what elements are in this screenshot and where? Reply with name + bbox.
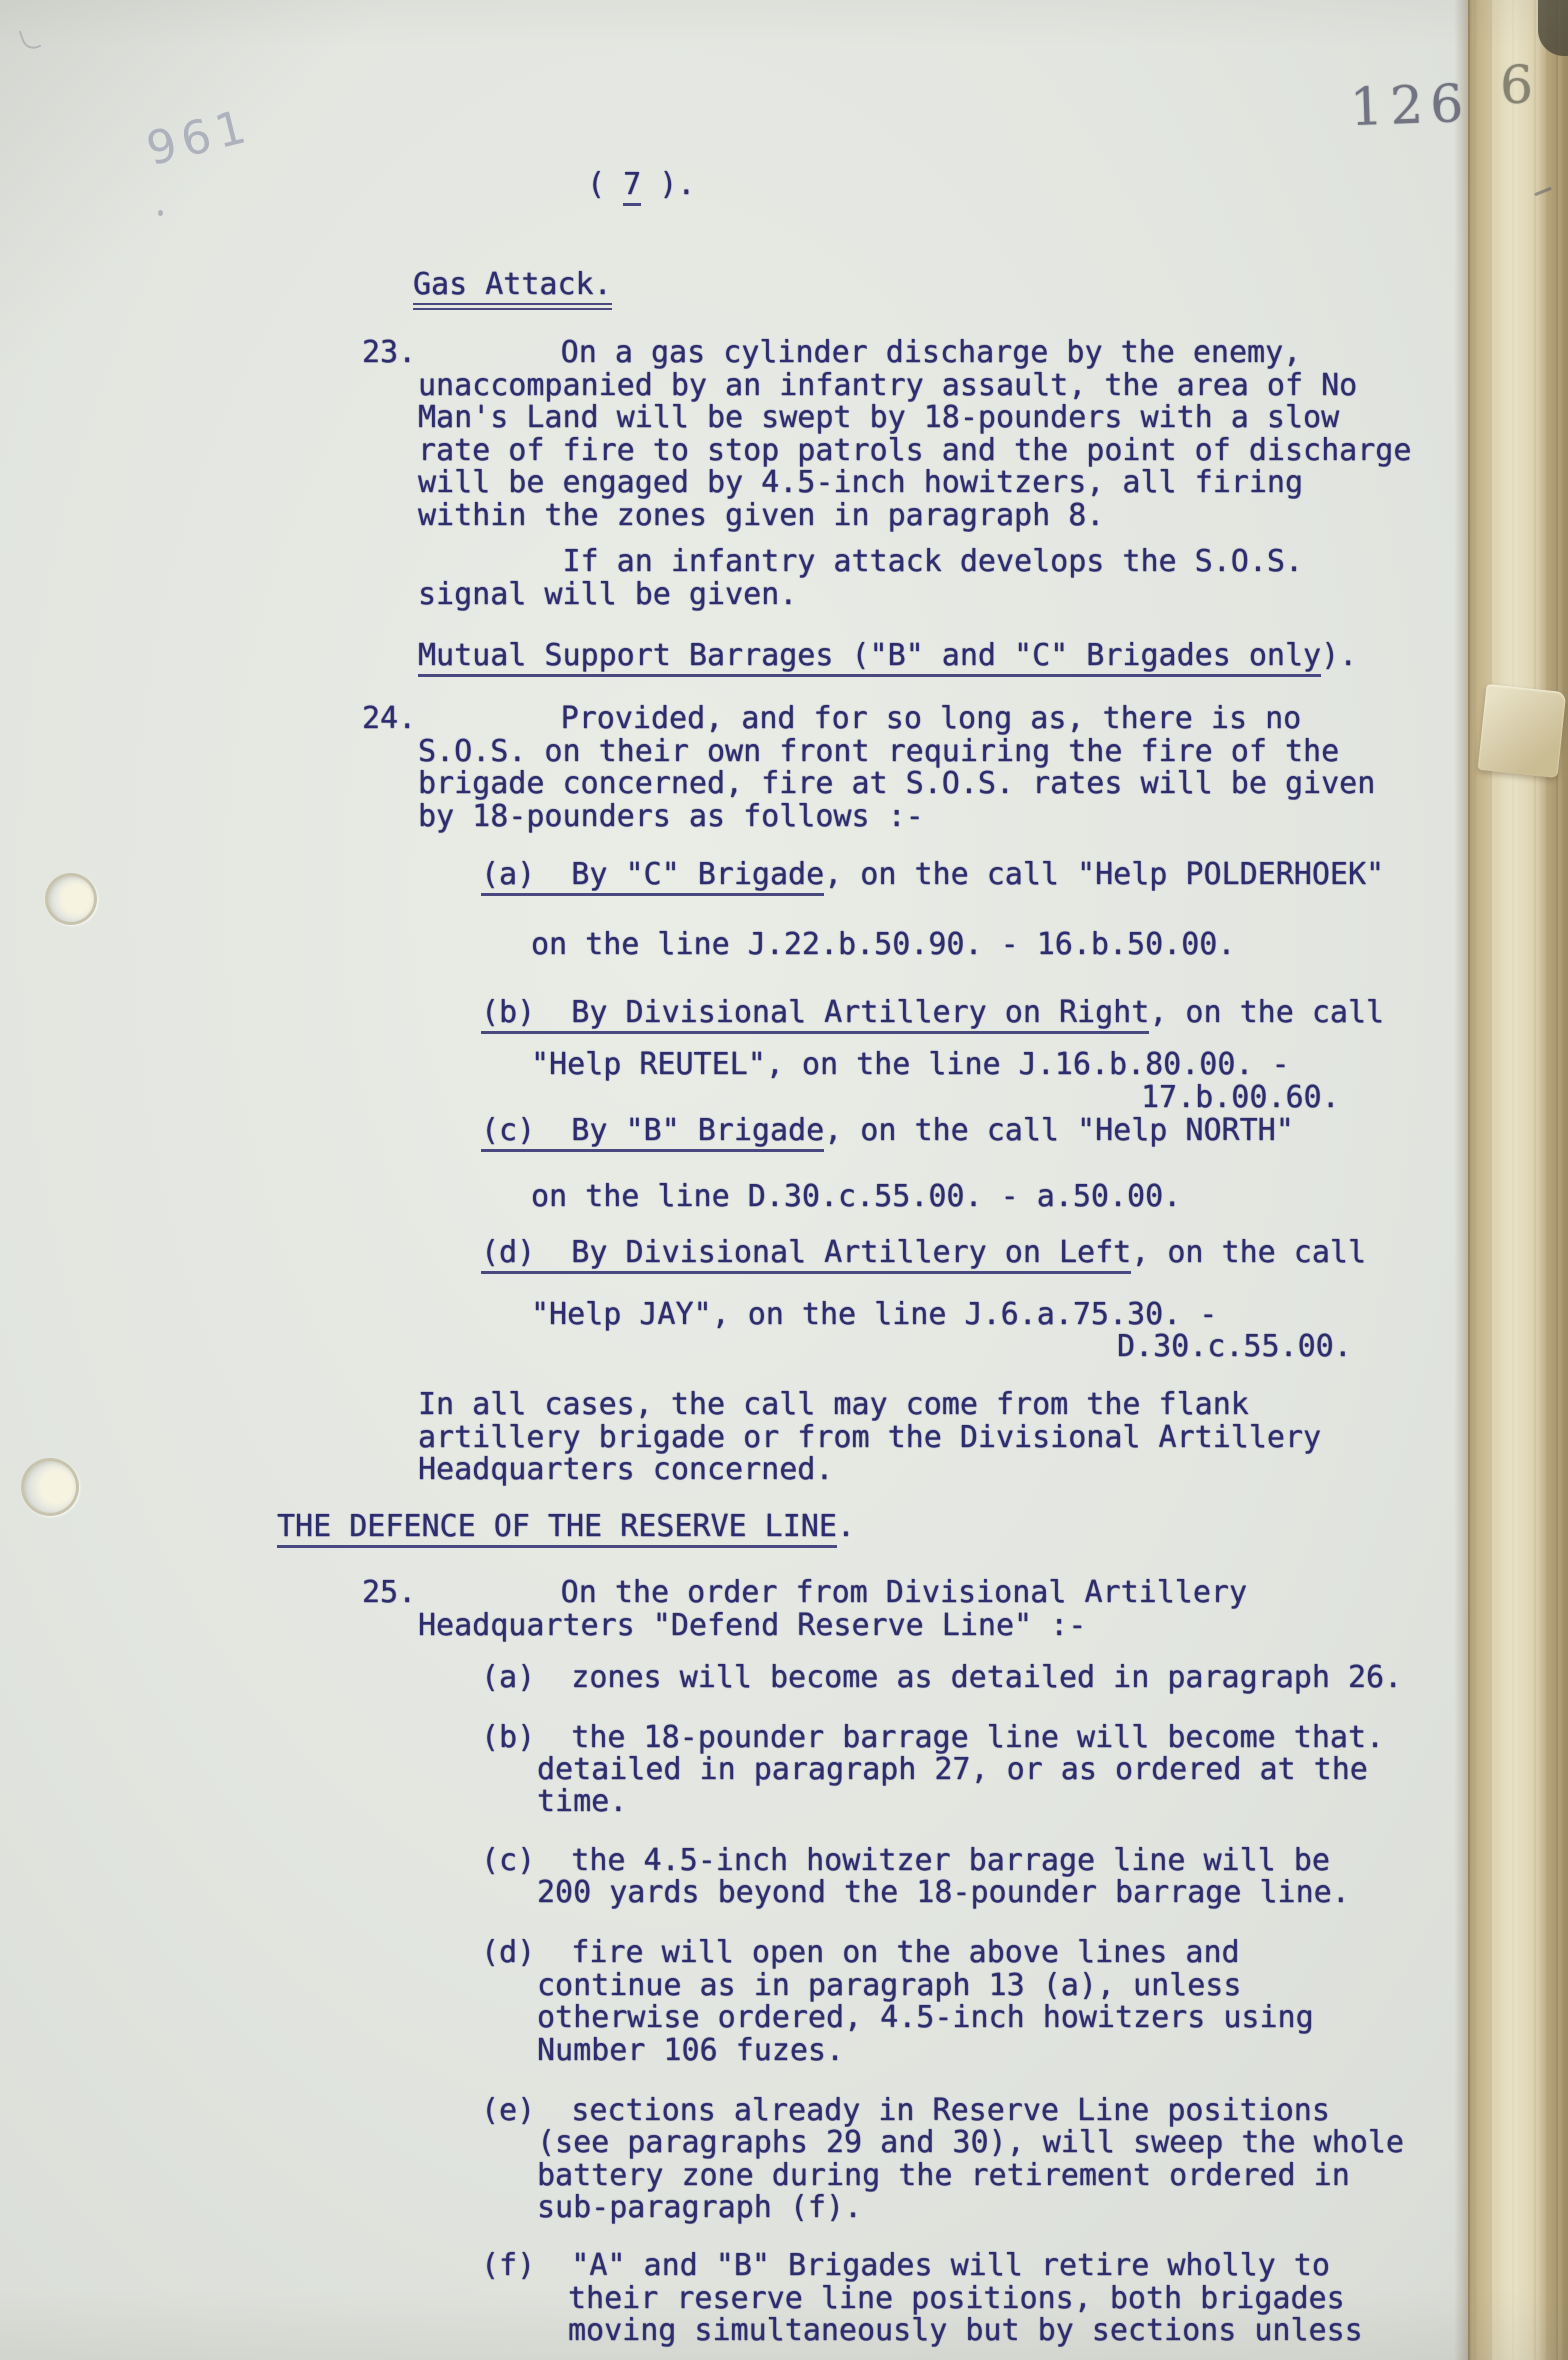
- doc-text: .: [837, 1512, 855, 1542]
- doc-line: (c) the 4.5-inch howitzer barrage line w…: [481, 1846, 1330, 1876]
- doc-text: (b) the 18-pounder barrage line will bec…: [481, 1723, 1384, 1753]
- doc-line: battery zone during the retirement order…: [537, 2161, 1350, 2191]
- doc-line: ( 7 ).: [587, 170, 695, 206]
- doc-line: (b) the 18-pounder barrage line will bec…: [481, 1723, 1384, 1753]
- doc-line: (d) fire will open on the above lines an…: [481, 1938, 1240, 1968]
- doc-text: sub-paragraph (f).: [537, 2193, 862, 2223]
- doc-text: on the line D.30.c.55.00. - a.50.00.: [531, 1182, 1181, 1212]
- doc-text: moving simultaneously but by sections un…: [568, 2316, 1363, 2346]
- doc-line: 24. Provided, and for so long as, there …: [362, 704, 1301, 734]
- doc-text: 200 yards beyond the 18-pounder barrage …: [537, 1878, 1350, 1908]
- doc-line: (e) sections already in Reserve Line pos…: [481, 2096, 1330, 2126]
- doc-text: ).: [1321, 641, 1357, 671]
- doc-line: rate of fire to stop patrols and the poi…: [418, 436, 1411, 466]
- doc-line: otherwise ordered, 4.5-inch howitzers us…: [537, 2003, 1314, 2033]
- doc-text-underlined: 7: [623, 170, 641, 206]
- doc-text: Headquarters "Defend Reserve Line" :-: [418, 1611, 1086, 1641]
- doc-line: 25. On the order from Divisional Artille…: [362, 1578, 1247, 1608]
- doc-line: unaccompanied by an infantry assault, th…: [418, 371, 1357, 401]
- doc-line: Mutual Support Barrages ("B" and "C" Bri…: [418, 641, 1357, 677]
- doc-line: D.30.c.55.00.: [1117, 1332, 1352, 1362]
- doc-text: , on the call "Help POLDERHOEK": [824, 860, 1384, 890]
- doc-text: brigade concerned, fire at S.O.S. rates …: [418, 769, 1375, 799]
- doc-text: detailed in paragraph 27, or as ordered …: [537, 1755, 1368, 1785]
- doc-text: unaccompanied by an infantry assault, th…: [418, 371, 1357, 401]
- doc-line: by 18-pounders as follows :-: [418, 802, 924, 832]
- doc-line: signal will be given.: [418, 580, 797, 610]
- doc-line: sub-paragraph (f).: [537, 2193, 862, 2223]
- punch-hole-mark: [21, 1458, 79, 1516]
- doc-text: 23. On a gas cylinder discharge by the e…: [362, 338, 1301, 368]
- doc-line: within the zones given in paragraph 8.: [418, 501, 1104, 531]
- doc-line: In all cases, the call may come from the…: [418, 1390, 1249, 1420]
- doc-line: S.O.S. on their own front requiring the …: [418, 737, 1339, 767]
- doc-text: time.: [537, 1787, 627, 1817]
- doc-line: moving simultaneously but by sections un…: [568, 2316, 1363, 2346]
- doc-text: by 18-pounders as follows :-: [418, 802, 924, 832]
- doc-text-underlined: (b) By Divisional Artillery on Right: [481, 998, 1149, 1034]
- doc-text: 24. Provided, and for so long as, there …: [362, 704, 1301, 734]
- doc-text: "Help REUTEL", on the line J.16.b.80.00.…: [531, 1050, 1290, 1080]
- doc-text: will be engaged by 4.5-inch howitzers, a…: [418, 468, 1303, 498]
- doc-line: Gas Attack.: [413, 270, 612, 310]
- adjacent-page-number: 6: [1500, 56, 1533, 116]
- doc-line: 17.b.00.60.: [1141, 1083, 1340, 1113]
- doc-text: 17.b.00.60.: [1141, 1083, 1340, 1113]
- doc-line: time.: [537, 1787, 627, 1817]
- doc-text-underlined: THE DEFENCE OF THE RESERVE LINE: [277, 1512, 837, 1548]
- pencil-dot-mark: [158, 210, 163, 216]
- doc-text-underlined: (a) By "C" Brigade: [481, 860, 824, 896]
- doc-line: (d) By Divisional Artillery on Left, on …: [481, 1238, 1366, 1274]
- doc-text: , on the call "Help NORTH": [824, 1116, 1294, 1146]
- doc-line: artillery brigade or from the Divisional…: [418, 1423, 1321, 1453]
- doc-line: If an infantry attack develops the S.O.S…: [418, 547, 1303, 577]
- doc-line: will be engaged by 4.5-inch howitzers, a…: [418, 468, 1303, 498]
- doc-text-underlined: (c) By "B" Brigade: [481, 1116, 824, 1152]
- doc-text: on the line J.22.b.50.90. - 16.b.50.00.: [531, 930, 1235, 960]
- doc-text: Headquarters concerned.: [418, 1455, 833, 1485]
- doc-line: Headquarters concerned.: [418, 1455, 833, 1485]
- doc-text: , on the call: [1149, 998, 1384, 1028]
- doc-text: (see paragraphs 29 and 30), will sweep t…: [537, 2128, 1404, 2158]
- doc-line: (b) By Divisional Artillery on Right, on…: [481, 998, 1384, 1034]
- doc-text: battery zone during the retirement order…: [537, 2161, 1350, 2191]
- pencil-squiggle-mark: [19, 26, 42, 52]
- doc-text: Number 106 fuzes.: [537, 2036, 844, 2066]
- doc-text: , on the call: [1131, 1238, 1366, 1268]
- doc-line: 23. On a gas cylinder discharge by the e…: [362, 338, 1301, 368]
- doc-line: their reserve line positions, both briga…: [568, 2284, 1345, 2314]
- doc-text-underlined: (d) By Divisional Artillery on Left: [481, 1238, 1131, 1274]
- doc-line: brigade concerned, fire at S.O.S. rates …: [418, 769, 1375, 799]
- doc-text: continue as in paragraph 13 (a), unless: [537, 1971, 1241, 2001]
- doc-text: 25. On the order from Divisional Artille…: [362, 1578, 1247, 1608]
- document-scan-page: 961 126 6 ( 7 ).Gas Attack.23. On a gas …: [0, 0, 1568, 2360]
- doc-text: rate of fire to stop patrols and the poi…: [418, 436, 1411, 466]
- doc-text: If an infantry attack develops the S.O.S…: [418, 547, 1303, 577]
- doc-text: (d) fire will open on the above lines an…: [481, 1938, 1240, 1968]
- punch-hole-mark: [45, 873, 97, 925]
- doc-text: (a) zones will become as detailed in par…: [481, 1663, 1402, 1693]
- doc-line: Headquarters "Defend Reserve Line" :-: [418, 1611, 1086, 1641]
- doc-line: (a) zones will become as detailed in par…: [481, 1663, 1402, 1693]
- doc-line: detailed in paragraph 27, or as ordered …: [537, 1755, 1368, 1785]
- doc-text: Man's Land will be swept by 18-pounders …: [418, 403, 1339, 433]
- doc-line: on the line J.22.b.50.90. - 16.b.50.00.: [531, 930, 1235, 960]
- doc-line: on the line D.30.c.55.00. - a.50.00.: [531, 1182, 1181, 1212]
- doc-line: Number 106 fuzes.: [537, 2036, 844, 2066]
- doc-text: their reserve line positions, both briga…: [568, 2284, 1345, 2314]
- doc-text: otherwise ordered, 4.5-inch howitzers us…: [537, 2003, 1314, 2033]
- doc-line: (f) "A" and "B" Brigades will retire who…: [481, 2251, 1330, 2281]
- stamp-page-number: 126: [1349, 74, 1471, 138]
- doc-line: THE DEFENCE OF THE RESERVE LINE.: [277, 1512, 855, 1548]
- pencil-number: 961: [141, 98, 257, 176]
- doc-text: (: [587, 170, 623, 200]
- doc-line: "Help REUTEL", on the line J.16.b.80.00.…: [531, 1050, 1290, 1080]
- page-edge-fold: [1478, 684, 1567, 778]
- doc-text: ).: [641, 170, 695, 200]
- doc-text: (f) "A" and "B" Brigades will retire who…: [481, 2251, 1330, 2281]
- doc-line: continue as in paragraph 13 (a), unless: [537, 1971, 1241, 2001]
- doc-line: "Help JAY", on the line J.6.a.75.30. -: [531, 1300, 1217, 1330]
- doc-text-underlined: Gas Attack.: [413, 270, 612, 310]
- doc-line: (a) By "C" Brigade, on the call "Help PO…: [481, 860, 1384, 896]
- next-page-edge: [1490, 0, 1546, 2360]
- doc-text: (c) the 4.5-inch howitzer barrage line w…: [481, 1846, 1330, 1876]
- doc-text: within the zones given in paragraph 8.: [418, 501, 1104, 531]
- doc-text: S.O.S. on their own front requiring the …: [418, 737, 1339, 767]
- doc-text: In all cases, the call may come from the…: [418, 1390, 1249, 1420]
- doc-line: 200 yards beyond the 18-pounder barrage …: [537, 1878, 1350, 1908]
- doc-line: (c) By "B" Brigade, on the call "Help NO…: [481, 1116, 1294, 1152]
- doc-text: artillery brigade or from the Divisional…: [418, 1423, 1321, 1453]
- doc-text: D.30.c.55.00.: [1117, 1332, 1352, 1362]
- doc-text: "Help JAY", on the line J.6.a.75.30. -: [531, 1300, 1217, 1330]
- doc-text: (e) sections already in Reserve Line pos…: [481, 2096, 1330, 2126]
- doc-text-underlined: Mutual Support Barrages ("B" and "C" Bri…: [418, 641, 1321, 677]
- doc-line: Man's Land will be swept by 18-pounders …: [418, 403, 1339, 433]
- doc-text: signal will be given.: [418, 580, 797, 610]
- doc-line: (see paragraphs 29 and 30), will sweep t…: [537, 2128, 1404, 2158]
